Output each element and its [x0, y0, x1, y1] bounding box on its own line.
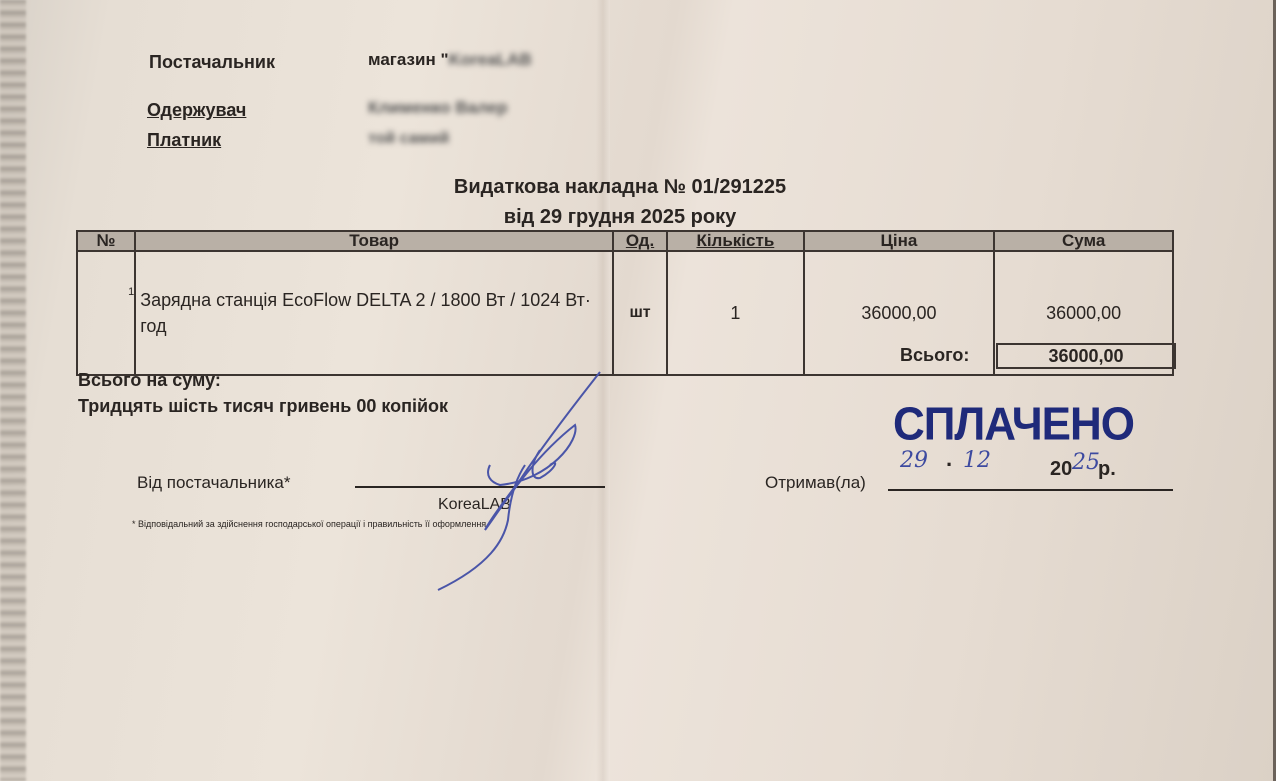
total-label: Всього: [900, 345, 969, 366]
adjacent-page-edge [0, 0, 26, 781]
from-supplier-label: Від постачальника* [137, 473, 290, 493]
invoice-date: від 29 грудня 2025 року [370, 206, 870, 229]
received-year-suffix: р. [1098, 458, 1116, 481]
supplier-prefix: магазин " [368, 50, 449, 69]
date-separator: · [946, 452, 953, 478]
col-header-unit: Од. [613, 231, 667, 251]
received-year-prefix: 20 [1050, 458, 1072, 481]
received-month: 12 [963, 448, 991, 473]
paid-stamp: СПЛАЧЕНО [893, 399, 1134, 452]
supplier-label: Постачальник [149, 52, 275, 73]
cell-qty: 1 [667, 251, 803, 375]
cell-item: Зарядна станція EcoFlow DELTA 2 / 1800 В… [135, 251, 613, 375]
received-day: 29 [900, 448, 928, 473]
amount-words-label: Всього на суму: [78, 370, 221, 391]
amount-words: Тридцять шість тисяч гривень 00 копійок [78, 396, 448, 417]
received-signature-line [888, 489, 1173, 491]
total-value: 36000,00 [996, 343, 1176, 369]
cell-unit: шт [613, 251, 667, 375]
col-header-no: № [77, 231, 135, 251]
col-header-qty: Кількість [667, 231, 803, 251]
invoice-title: Видаткова накладна № 01/291225 [370, 176, 870, 199]
recipient-label: Одержувач [147, 100, 246, 121]
payer-value-redacted: той самий [368, 130, 449, 148]
cell-no: 1 [77, 251, 135, 375]
table-header-row: № Товар Од. Кількість Ціна Сума [77, 231, 1173, 251]
received-label: Отримав(ла) [765, 473, 866, 493]
supplier-name-redacted: KoreaLAB [449, 50, 532, 69]
payer-label: Платник [147, 130, 221, 151]
received-year-handwritten: 25 [1072, 450, 1100, 475]
col-header-sum: Сума [994, 231, 1173, 251]
recipient-value-redacted: Клименко Валер [368, 98, 507, 118]
supplier-value: магазин "KoreaLAB [368, 50, 532, 70]
supplier-signature-icon [430, 370, 610, 595]
col-header-item: Товар [135, 231, 613, 251]
col-header-price: Ціна [804, 231, 995, 251]
